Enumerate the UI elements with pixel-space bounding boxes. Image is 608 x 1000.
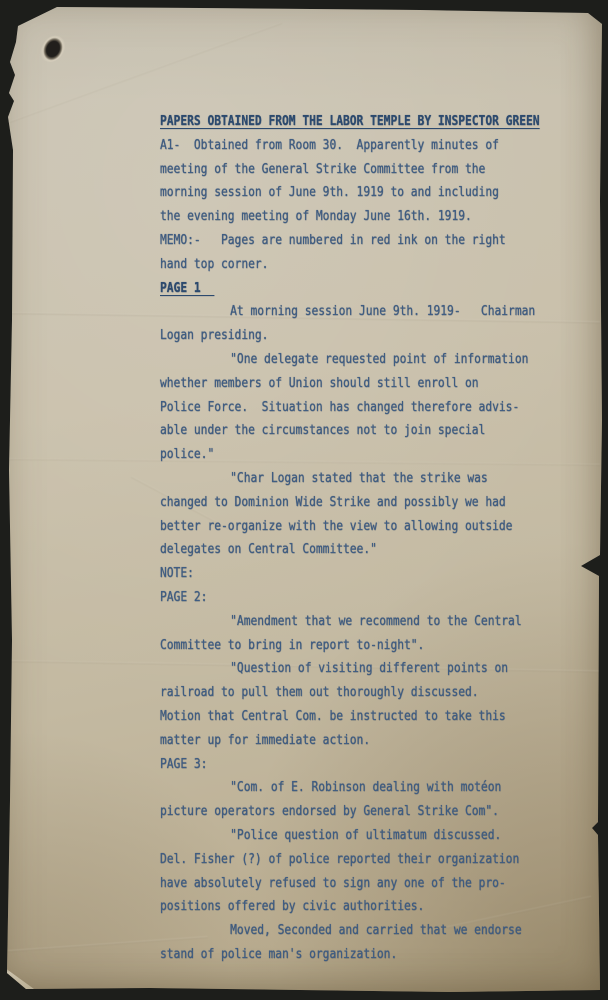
text-line: NOTE: [160, 562, 593, 586]
text-line: meeting of the General Strike Committee … [160, 158, 593, 182]
document-text: PAPERS OBTAINED FROM THE LABOR TEMPLE BY… [160, 110, 593, 967]
text-line: PAGE 3: [160, 753, 593, 777]
text-line: the evening meeting of Monday June 16th.… [160, 205, 593, 229]
text-line: Logan presiding. [160, 324, 593, 348]
text-line: Moved, Seconded and carried that we endo… [160, 919, 593, 943]
text-line: At morning session June 9th. 1919- Chair… [160, 300, 593, 324]
punch-hole [37, 32, 68, 67]
text-line: better re-organize with the view to allo… [160, 515, 593, 539]
text-line: picture operators endorsed by General St… [160, 800, 593, 824]
text-line: PAGE 2: [160, 586, 593, 610]
text-line: "Question of visiting different points o… [160, 657, 593, 681]
text-line: stand of police man's organization. [160, 943, 593, 967]
scan-background: PAPERS OBTAINED FROM THE LABOR TEMPLE BY… [0, 0, 608, 1000]
text-line: morning session of June 9th. 1919 to and… [160, 181, 593, 205]
text-line: changed to Dominion Wide Strike and poss… [160, 491, 593, 515]
text-line: Committee to bring in report to-night". [160, 634, 593, 658]
text-line: "Char Logan stated that the strike was [160, 467, 593, 491]
text-line: "Amendment that we recommend to the Cent… [160, 610, 593, 634]
text-line: Motion that Central Com. be instructed t… [160, 705, 593, 729]
folded-corner [7, 961, 34, 989]
text-line: Del. Fisher (?) of police reported their… [160, 848, 593, 872]
text-line: have absolutely refused to sign any one … [160, 872, 593, 896]
text-line: delegates on Central Committee." [160, 538, 593, 562]
document-page: PAPERS OBTAINED FROM THE LABOR TEMPLE BY… [0, 0, 608, 1000]
text-line: hand top corner. [160, 253, 593, 277]
text-line: "One delegate requested point of informa… [160, 348, 593, 372]
heading-line: PAPERS OBTAINED FROM THE LABOR TEMPLE BY… [160, 110, 593, 134]
text-line: A1- Obtained from Room 30. Apparently mi… [160, 134, 593, 158]
text-line: whether members of Union should still en… [160, 372, 593, 396]
text-line: able under the circumstances not to join… [160, 419, 593, 443]
text-line: Police Force. Situation has changed ther… [160, 396, 593, 420]
text-line: positions offered by civic authorities. [160, 895, 593, 919]
text-line: "Com. of E. Robinson dealing with motéon [160, 776, 593, 800]
text-line: police." [160, 443, 593, 467]
text-line: "Police question of ultimatum discussed. [160, 824, 593, 848]
text-line: railroad to pull them out thoroughly dis… [160, 681, 593, 705]
heading-line: PAGE 1 [160, 277, 593, 301]
text-line: matter up for immediate action. [160, 729, 593, 753]
text-line: MEMO:- Pages are numbered in red ink on … [160, 229, 593, 253]
